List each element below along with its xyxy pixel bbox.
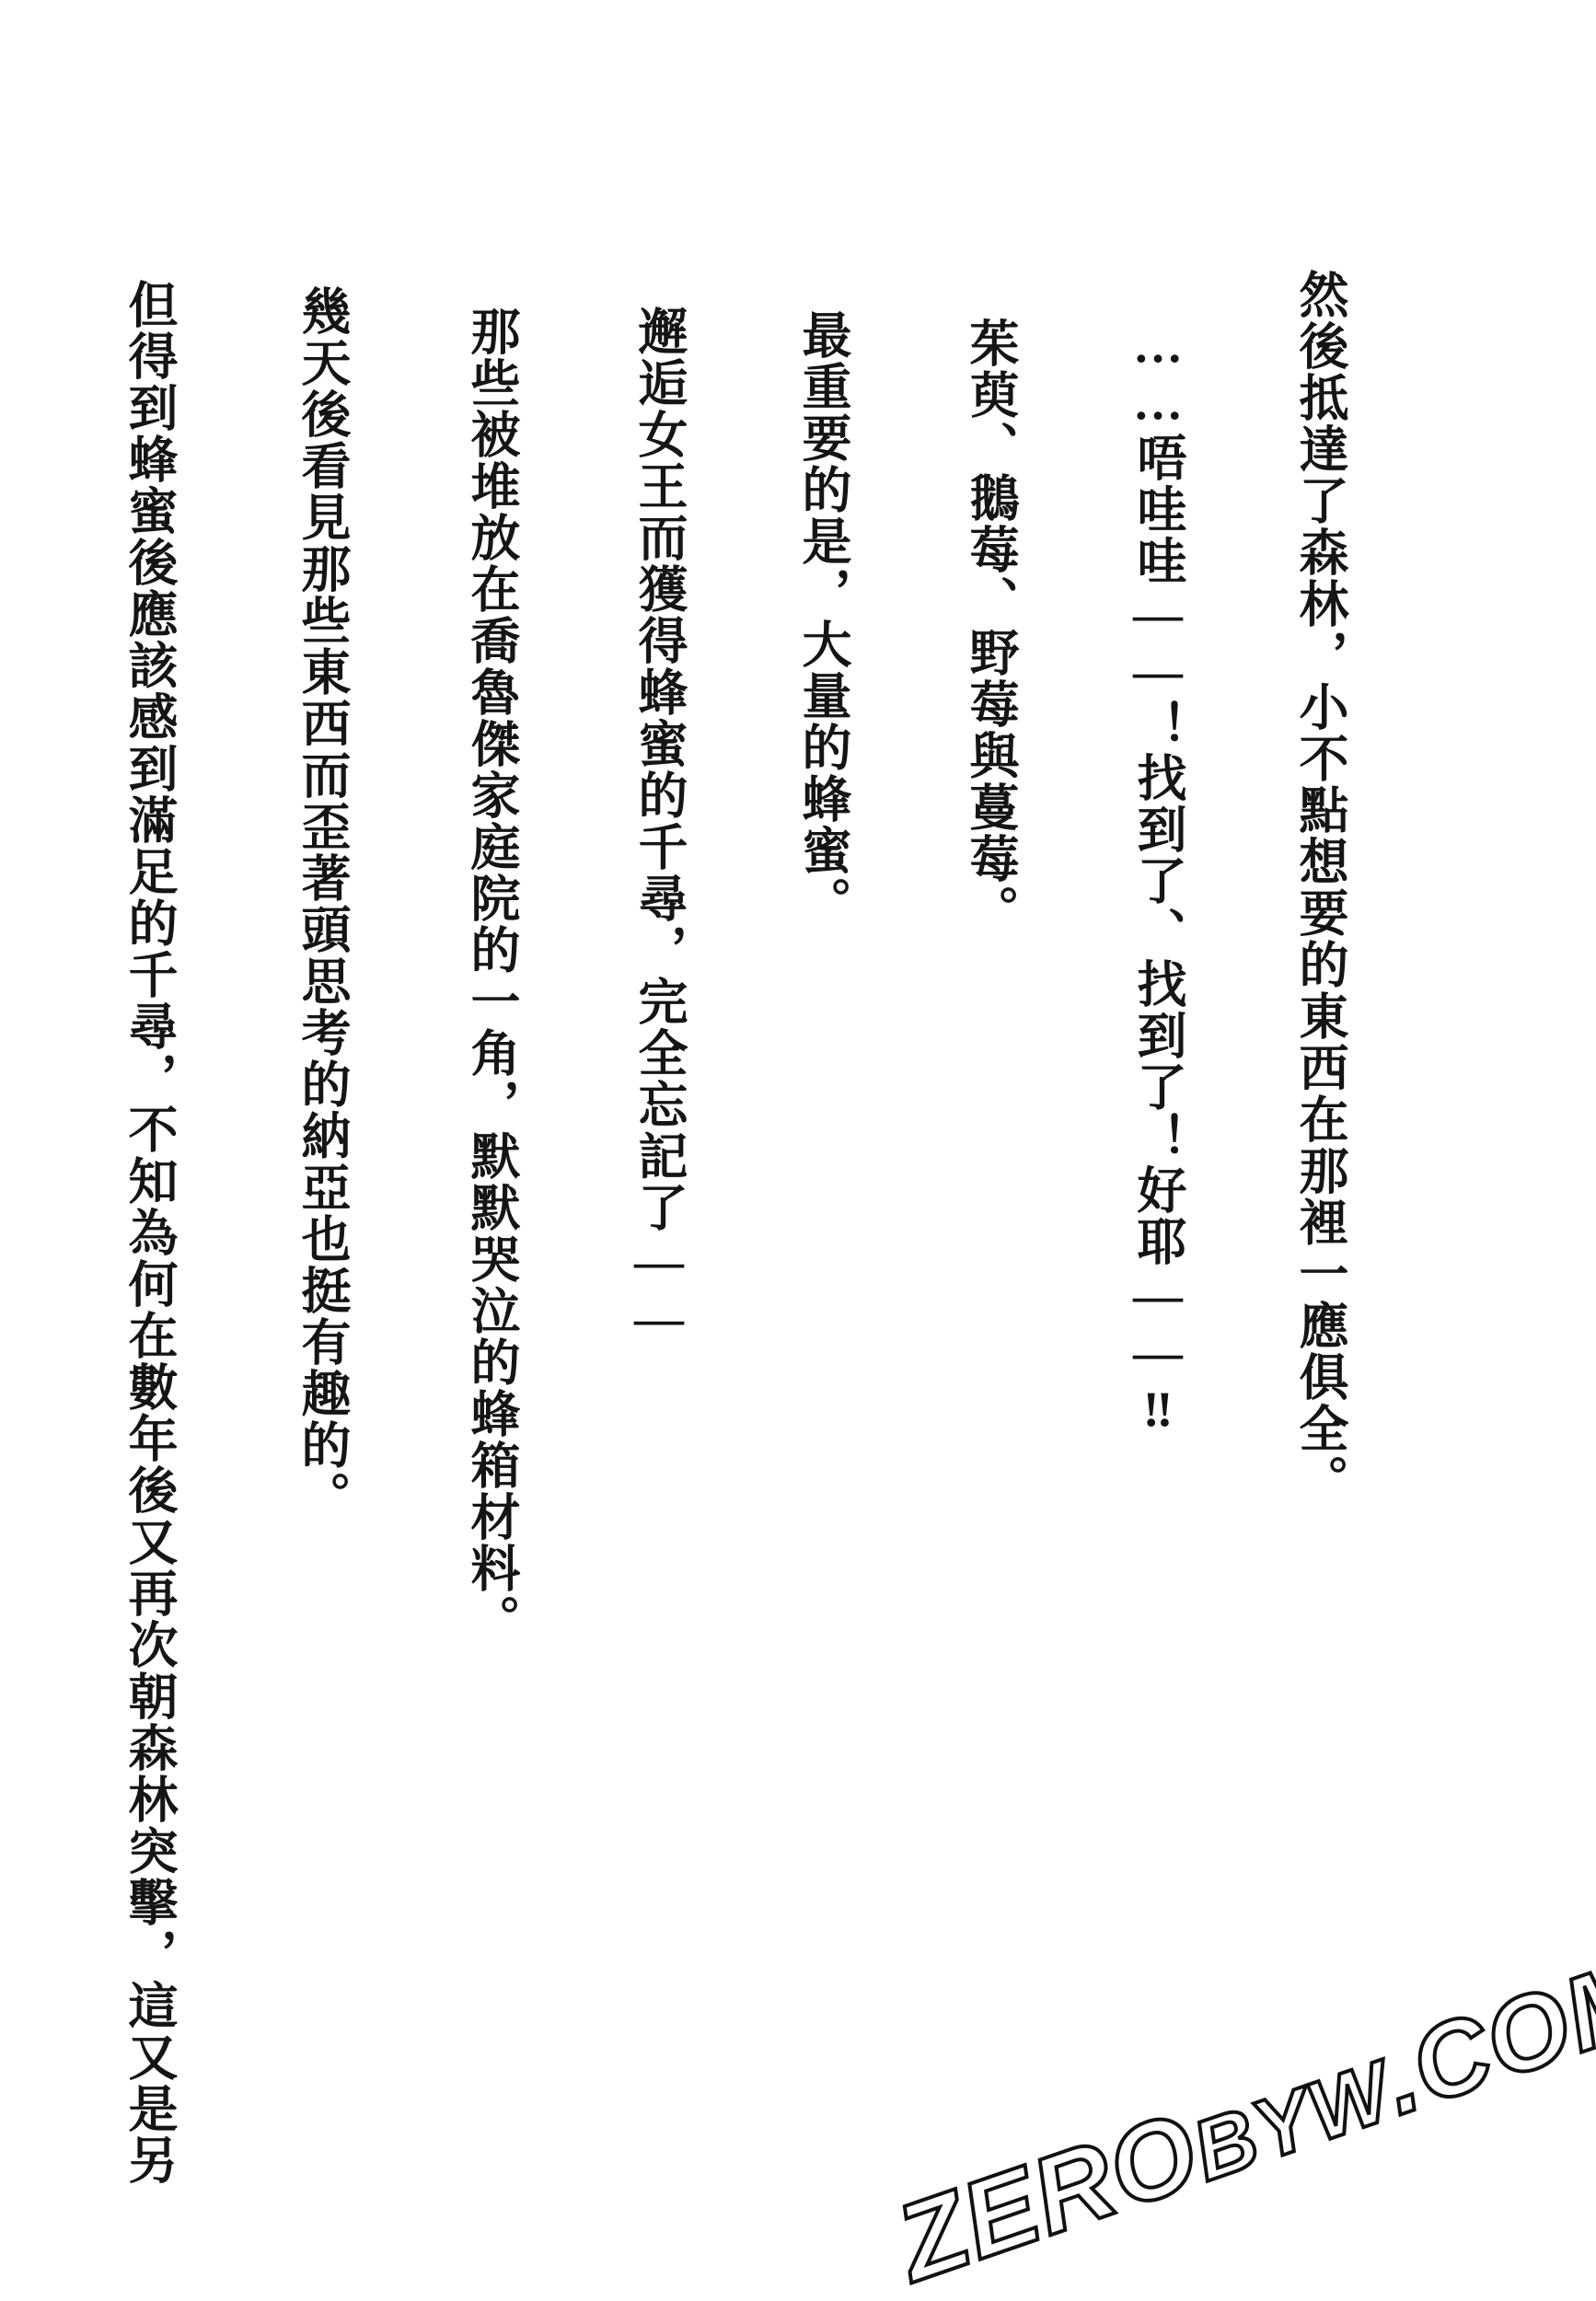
- text-column-7: 幾天後看見那些東西而歪著頭思考的納亞也挺有趣的。: [289, 285, 355, 1522]
- site-watermark: ZEROBYW.COM: [882, 1930, 1596, 2301]
- text-column-4: 最重要的是，大量的蜂蜜。: [790, 309, 856, 928]
- text-column-6: 那些被堆放在喬魯傑家庭院的一角，默默哭泣的蜂箱材料。: [458, 306, 525, 1646]
- text-column-5: 邂逅女王而獲得蜂蜜的千尋，完全忘記了——: [626, 306, 692, 1347]
- text-column-3: 茱萸、鵝莓、野莓與蔓莓。: [957, 318, 1024, 936]
- text-column-8: 但得到蜂蜜後應該感到滿足的千尋，不知為何在數年後又再次朝森林突擊，這又是另: [116, 279, 182, 2186]
- book-page: 然後抵達了森林，小不點想要的東西在那裡一應俱全。 ……唔哇哇——！找到了、找到了…: [0, 0, 1596, 2301]
- text-column-2: ……唔哇哇——！找到了、找到了！好耶——‼: [1125, 318, 1191, 1439]
- watermark-com-text: .COM: [1368, 1935, 1596, 2137]
- watermark-zero-text: ZERO: [882, 2089, 1213, 2301]
- watermark-byw-text: BYW: [1182, 2044, 1405, 2199]
- text-column-1: 然後抵達了森林，小不點想要的東西在那裡一應俱全。: [1287, 269, 1353, 1506]
